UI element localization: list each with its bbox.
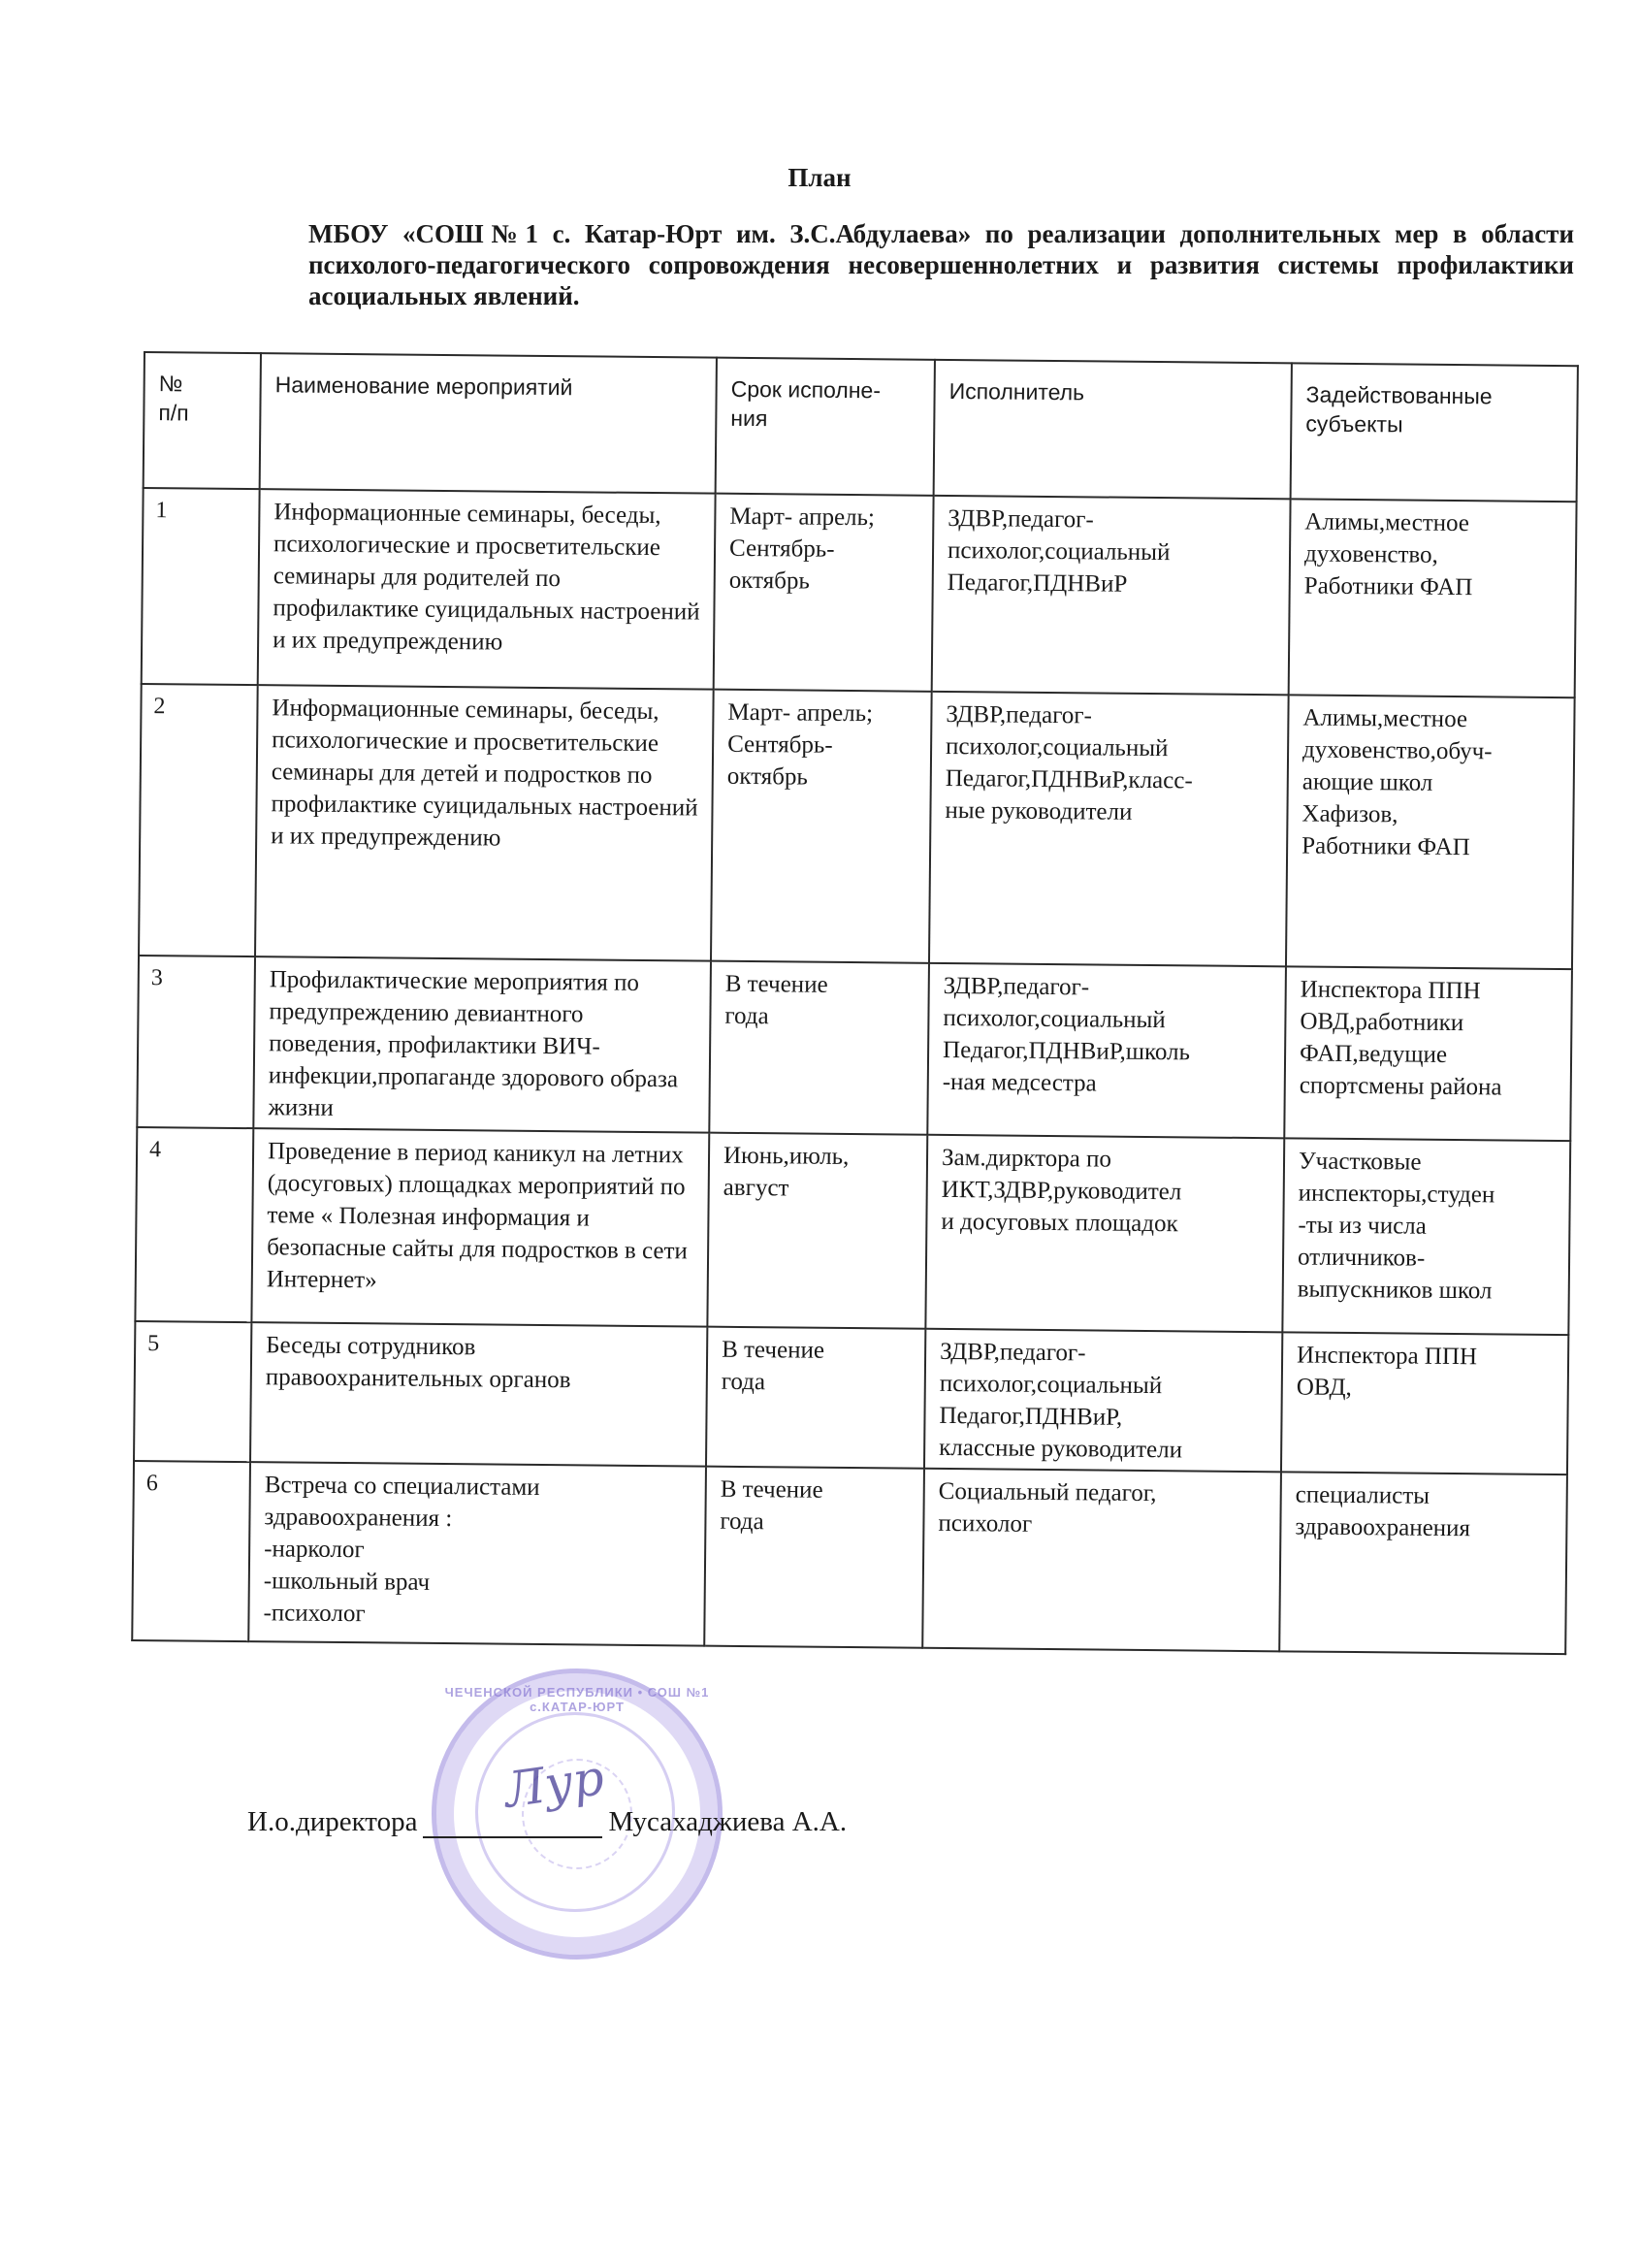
cell-name: Беседы сотрудников правоохранительных ор… [250, 1322, 707, 1467]
cell-term: Июнь,июль, август [707, 1133, 927, 1329]
header-term: Срок исполне- ния [716, 358, 935, 496]
table-row: 1 Информационные семинары, беседы, психо… [142, 488, 1577, 697]
cell-number: 5 [134, 1321, 251, 1462]
cell-executor: ЗДВР,педагог- психолог,социальный Педаго… [932, 496, 1291, 696]
cell-executor: ЗДВР,педагог- психолог,социальный Педаго… [927, 963, 1286, 1139]
cell-name: Проведение в период каникул на летних (д… [251, 1128, 709, 1327]
cell-executor: Социальный педагог, психолог [922, 1469, 1281, 1652]
cell-name: Встреча со специалистами здравоохранения… [248, 1462, 706, 1646]
cell-executor: ЗДВР,педагог- психолог,социальный Педаго… [924, 1329, 1282, 1473]
cell-number: 4 [135, 1127, 253, 1322]
header-executor: Исполнитель [934, 360, 1292, 500]
table-row: 5 Беседы сотрудников правоохранительных … [134, 1321, 1568, 1474]
plan-table: № п/п Наименование мероприятий Срок испо… [131, 351, 1579, 1655]
document-title: План [0, 163, 1639, 193]
cell-number: 6 [132, 1461, 250, 1641]
cell-term: Март- апрель; Сентябрь- октябрь [711, 690, 932, 963]
cell-number: 2 [139, 684, 258, 956]
document-subtitle: МБОУ «СОШ№1 с. Катар-Юрт им. З.С.Абдулае… [308, 218, 1574, 311]
cell-name: Профилактические мероприятия по предупре… [253, 956, 711, 1133]
cell-term: В течение года [704, 1467, 924, 1648]
table-row: 4 Проведение в период каникул на летних … [135, 1127, 1570, 1335]
cell-subjects: Инспектора ППН ОВД,работники ФАП,ведущие… [1284, 966, 1572, 1141]
cell-subjects: Инспектора ППН ОВД, [1281, 1332, 1568, 1474]
table-row: 2 Информационные семинары, беседы, психо… [139, 684, 1575, 969]
cell-executor: ЗДВР,педагог- психолог,социальный Педаго… [929, 692, 1289, 967]
stamp-text: ЧЕЧЕНСКОЙ РЕСПУБЛИКИ • СОШ №1 с.КАТАР-ЮР… [436, 1685, 718, 1714]
table-row: 3 Профилактические мероприятия по предуп… [137, 956, 1572, 1141]
cell-subjects: Алимы,местное духовенство, Работники ФАП [1289, 499, 1577, 697]
cell-subjects: специалисты здравоохранения [1279, 1472, 1567, 1654]
table-header-row: № п/п Наименование мероприятий Срок испо… [144, 352, 1578, 502]
cell-term: Март- апрель; Сентябрь- октябрь [714, 494, 934, 692]
table-row: 6 Встреча со специалистами здравоохранен… [132, 1461, 1567, 1654]
cell-number: 3 [137, 956, 255, 1128]
cell-name: Информационные семинары, беседы, психоло… [255, 685, 714, 960]
cell-term: В течение года [706, 1327, 925, 1469]
cell-term: В течение года [709, 961, 929, 1135]
header-subjects: Задействованные субъекты [1291, 363, 1578, 502]
cell-number: 1 [142, 488, 260, 685]
header-name: Наименование мероприятий [260, 353, 717, 494]
cell-executor: Зам.дирктора по ИКТ,ЗДВР,руководител и д… [925, 1135, 1284, 1333]
cell-subjects: Алимы,местное духовенство,обуч- ающие шк… [1286, 695, 1575, 969]
cell-subjects: Участковые инспекторы,студен -ты из числ… [1282, 1138, 1570, 1335]
header-number: № п/п [144, 352, 261, 489]
cell-name: Информационные семинары, беседы, психоло… [258, 489, 716, 690]
signer-position: И.о.директора [247, 1806, 417, 1837]
signer-name: Мусахаджиева А.А. [608, 1806, 847, 1837]
